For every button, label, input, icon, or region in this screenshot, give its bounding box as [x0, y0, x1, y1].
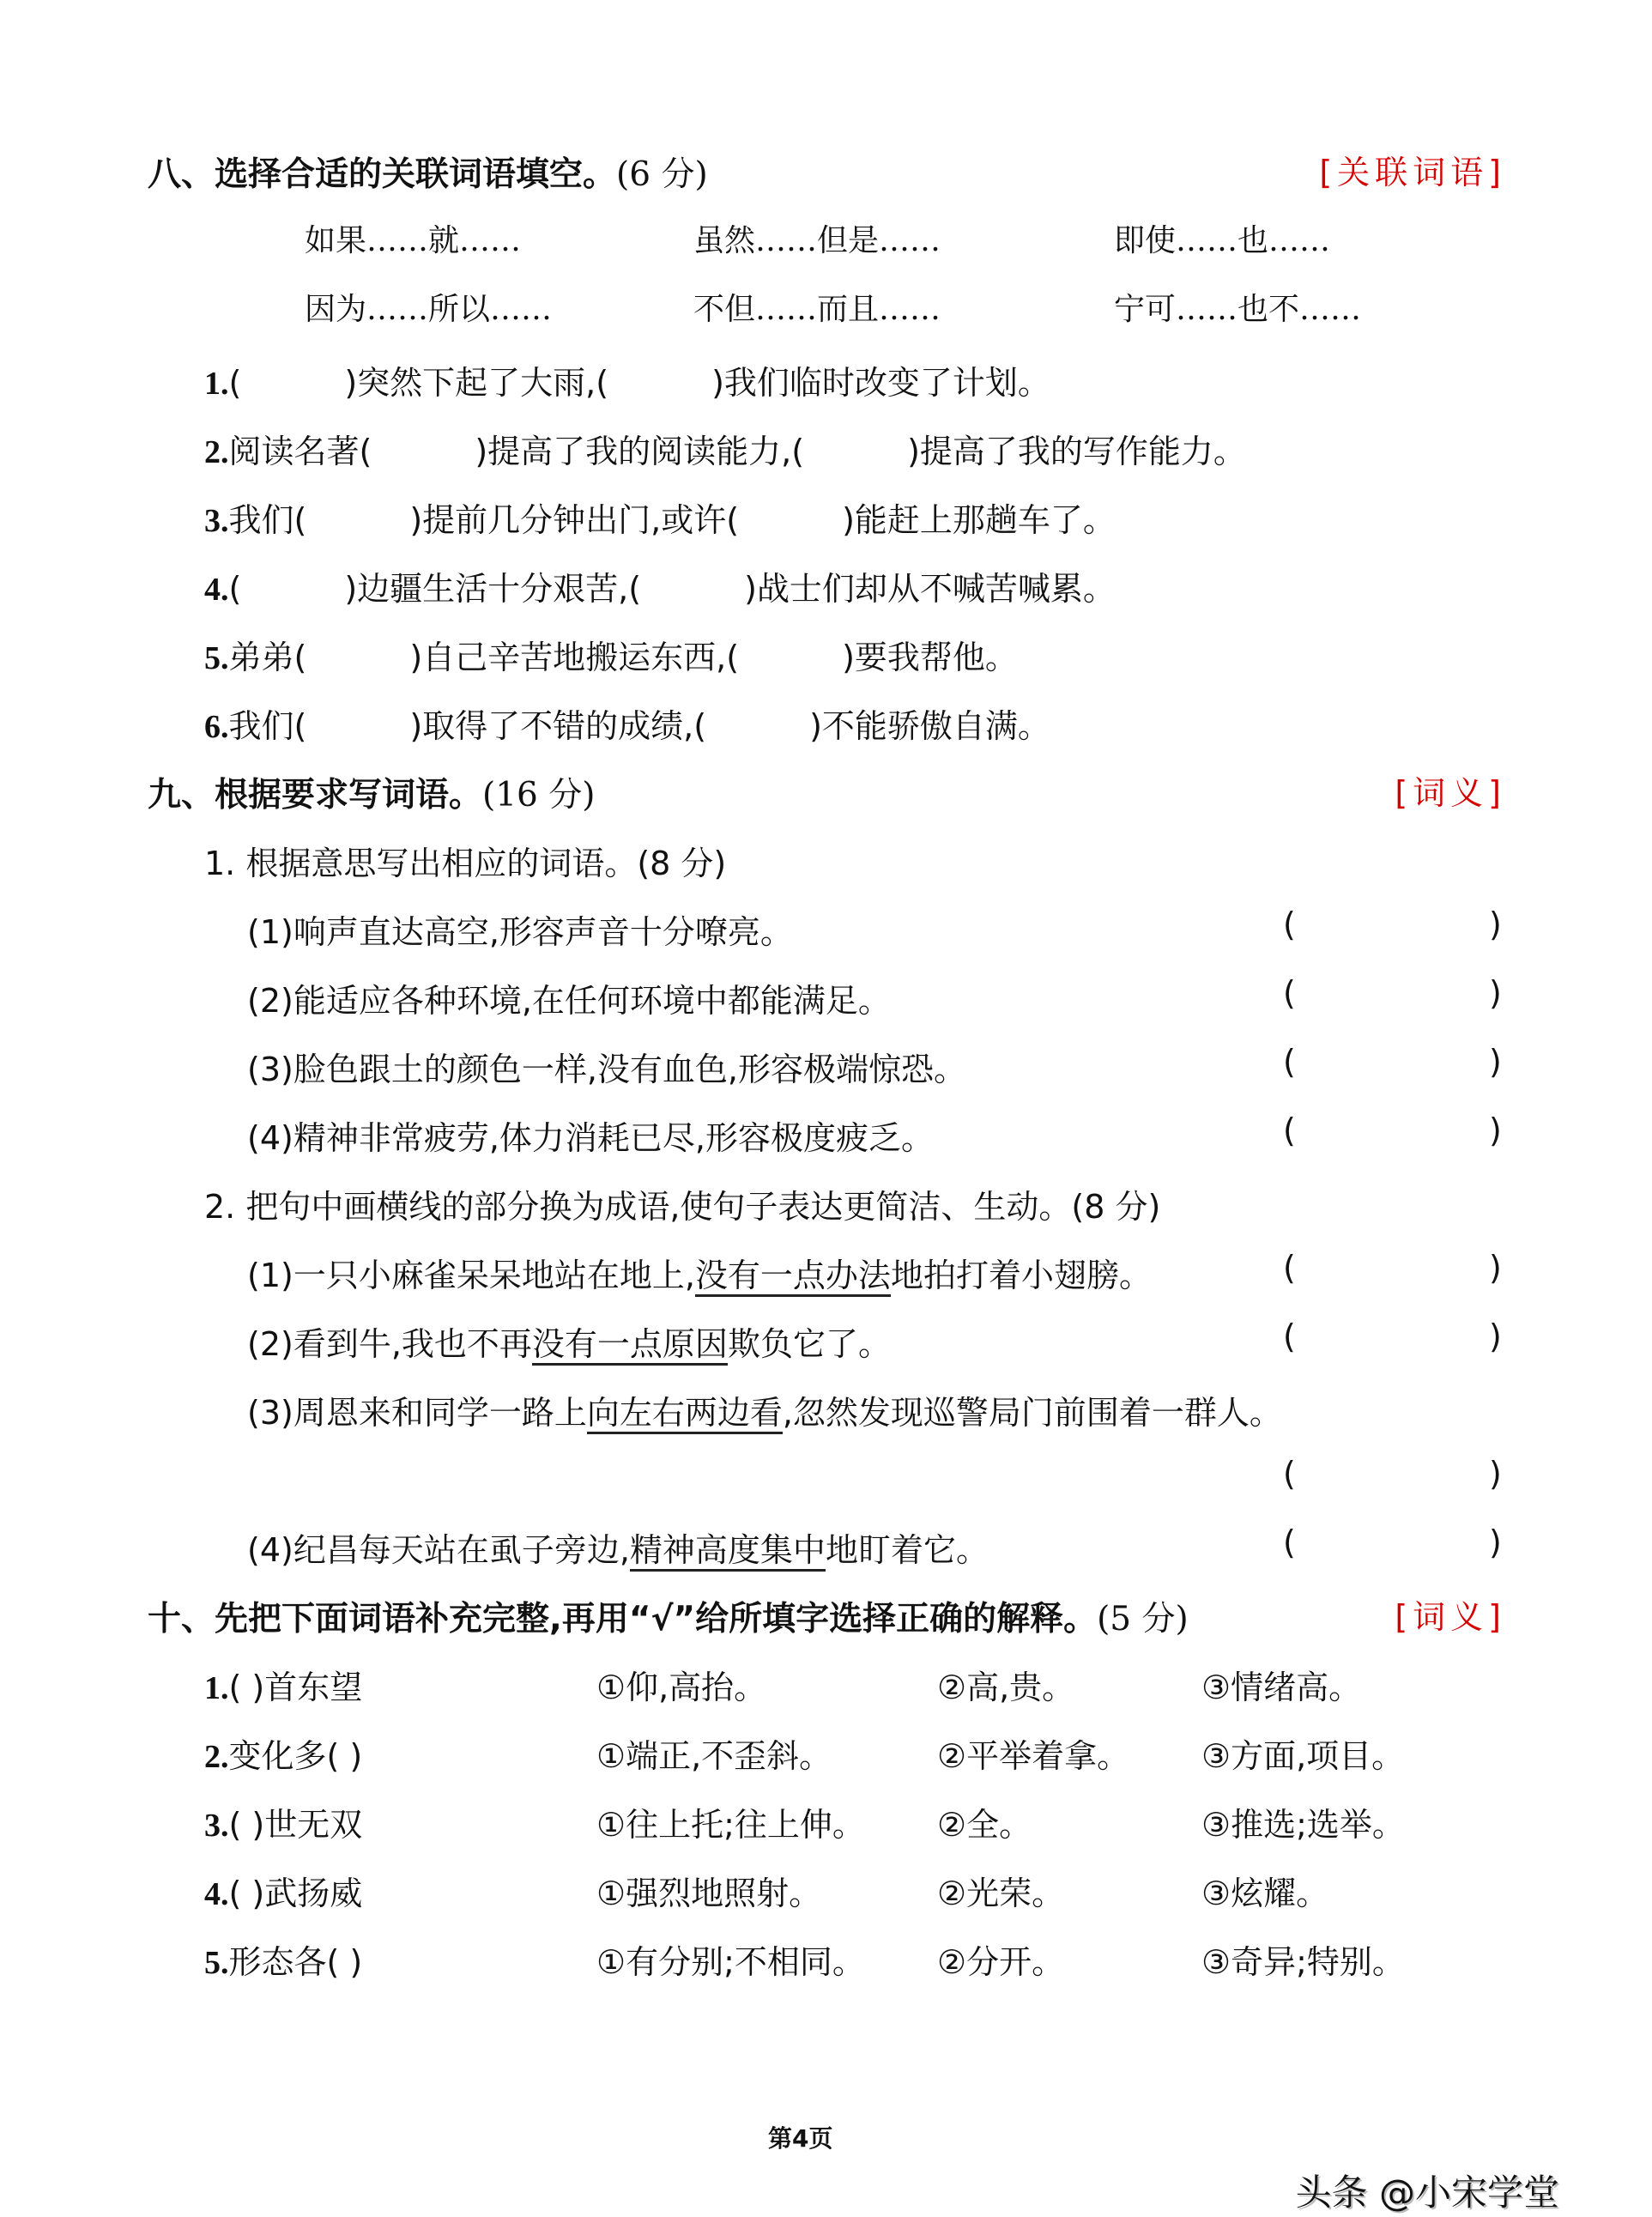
conjunction-option: 宁可……也不…… — [1114, 285, 1361, 329]
option-3[interactable]: ③奇异;特别。 — [1201, 1935, 1405, 1983]
part2-title: 2. 把句中画横线的部分换为成语,使句子表达更简洁、生动。(8 分) — [204, 1180, 1160, 1227]
question-number: 3. — [204, 503, 229, 539]
word-fill[interactable]: 形态各( ) — [229, 1943, 363, 1981]
meaning-item: (4)精神非常疲劳,体力消耗已尽,形容极度疲乏。 — [247, 1112, 934, 1159]
option-2[interactable]: ②全。 — [937, 1798, 1032, 1845]
meaning-item: (1)响声直达高空,形容声音十分嘹亮。 — [247, 906, 793, 953]
sentence-pre: (3)周恩来和同学一路上 — [247, 1394, 587, 1432]
answer-paren-open[interactable]: ( — [1283, 1455, 1296, 1493]
answer-paren-open[interactable]: ( — [1283, 906, 1296, 943]
answer-paren-open[interactable]: ( — [1283, 974, 1296, 1012]
q-text: ( — [229, 570, 242, 608]
q-text: )边疆生活十分艰苦,( — [344, 570, 641, 608]
answer-paren-open[interactable]: ( — [1283, 1523, 1296, 1561]
option-3[interactable]: ③推选;选举。 — [1201, 1798, 1405, 1845]
answer-paren-open[interactable]: ( — [1283, 1043, 1296, 1081]
question-number: 6. — [204, 709, 229, 745]
option-2[interactable]: ②分开。 — [937, 1935, 1064, 1983]
conjunction-option: 虽然……但是…… — [693, 216, 941, 260]
section9-title-text: 九、根据要求写词语。 — [148, 776, 482, 815]
underlined-phrase: 向左右两边看 — [587, 1394, 783, 1434]
answer-paren-close: ) — [1489, 1043, 1502, 1081]
answer-paren-close: ) — [1489, 906, 1502, 943]
word-fill[interactable]: ( )世无双 — [229, 1806, 363, 1844]
section8-title-text: 八、选择合适的关联词语填空。 — [148, 155, 616, 194]
question-number: 4. — [204, 572, 229, 608]
conjunction-option: 即使……也…… — [1114, 216, 1330, 260]
conjunction-option: 如果……就…… — [305, 216, 521, 260]
question-item: 6.我们()取得了不错的成绩,()不能骄傲自满。 — [204, 700, 1050, 747]
option-1[interactable]: ①有分别;不相同。 — [596, 1935, 865, 1983]
section10-tag: [词义] — [1395, 1590, 1506, 1638]
section8-points: (6 分) — [616, 155, 708, 194]
option-2[interactable]: ②高,贵。 — [937, 1661, 1074, 1708]
section10-points: (5 分) — [1097, 1600, 1189, 1639]
section9-tag: [词义] — [1395, 766, 1506, 814]
option-2[interactable]: ②光荣。 — [937, 1867, 1064, 1914]
option-2[interactable]: ②平举着拿。 — [937, 1729, 1129, 1777]
question-number: 5. — [204, 1945, 229, 1981]
idiom-item: (3)周恩来和同学一路上向左右两边看,忽然发现巡警局门前围着一群人。 — [247, 1386, 1282, 1433]
answer-paren-close: ) — [1489, 1455, 1502, 1493]
answer-paren-close: ) — [1489, 1317, 1502, 1355]
question-item: 3.我们()提前几分钟出门,或许()能赶上那趟车了。 — [204, 494, 1116, 541]
word-fill[interactable]: ( )武扬威 — [229, 1875, 363, 1912]
word-row: 2.变化多( ) — [204, 1729, 362, 1777]
section8-title: 八、选择合适的关联词语填空。(6 分) — [148, 148, 708, 196]
word-row: 3.( )世无双 — [204, 1798, 362, 1845]
question-item: 4.()边疆生活十分艰苦,()战士们却从不喊苦喊累。 — [204, 562, 1116, 609]
sentence-post: 欺负它了。 — [728, 1325, 891, 1363]
question-number: 2. — [204, 1739, 229, 1775]
q-text: )提前几分钟出门,或许( — [409, 501, 739, 539]
q-text: 弟弟( — [229, 639, 307, 676]
word-fill[interactable]: ( )首东望 — [229, 1669, 363, 1706]
question-number: 1. — [204, 1670, 229, 1706]
sentence-post: 地拍打着小翅膀。 — [891, 1257, 1152, 1294]
idiom-item: (2)看到牛,我也不再没有一点原因欺负它了。 — [247, 1317, 891, 1365]
question-number: 1. — [204, 366, 229, 402]
meaning-item: (2)能适应各种环境,在任何环境中都能满足。 — [247, 974, 891, 1021]
sentence-pre: (1)一只小麻雀呆呆地站在地上, — [247, 1257, 695, 1294]
sentence-post: ,忽然发现巡警局门前围着一群人。 — [783, 1394, 1282, 1432]
underlined-phrase: 精神高度集中 — [630, 1531, 826, 1572]
section9-points: (16 分) — [482, 776, 595, 815]
q-text: )突然下起了大雨,( — [344, 364, 608, 402]
answer-paren-close: ) — [1489, 974, 1502, 1012]
word-row: 5.形态各( ) — [204, 1935, 362, 1983]
option-3[interactable]: ③情绪高。 — [1201, 1661, 1361, 1708]
sentence-pre: (2)看到牛,我也不再 — [247, 1325, 532, 1363]
word-fill[interactable]: 变化多( ) — [229, 1737, 363, 1775]
question-number: 2. — [204, 434, 229, 470]
section9-title: 九、根据要求写词语。(16 分) — [148, 768, 595, 816]
conjunction-option: 不但……而且…… — [693, 285, 941, 329]
q-text: )自己辛苦地搬运东西,( — [409, 639, 739, 676]
option-1[interactable]: ①仰,高抬。 — [596, 1661, 766, 1708]
section10-title: 十、先把下面词语补充完整,再用“√”给所填字选择正确的解释。(5 分) — [148, 1592, 1189, 1640]
underlined-phrase: 没有一点原因 — [532, 1325, 728, 1366]
q-text: ( — [229, 364, 242, 402]
watermark: 头条 @小宋学堂 — [1296, 2165, 1559, 2216]
section10-title-text: 十、先把下面词语补充完整,再用“√”给所填字选择正确的解释。 — [148, 1600, 1097, 1639]
sentence-post: 地盯着它。 — [826, 1531, 989, 1569]
meaning-item: (3)脸色跟土的颜色一样,没有血色,形容极端惊恐。 — [247, 1043, 966, 1090]
answer-paren-open[interactable]: ( — [1283, 1249, 1296, 1287]
q-text: )不能骄傲自满。 — [809, 707, 1050, 745]
sentence-pre: (4)纪昌每天站在虱子旁边, — [247, 1531, 630, 1569]
option-1[interactable]: ①往上托;往上伸。 — [596, 1798, 865, 1845]
option-1[interactable]: ①强烈地照射。 — [596, 1867, 821, 1914]
section8-tag: [关联词语] — [1319, 146, 1506, 193]
page-number: 第4页 — [768, 2120, 832, 2154]
option-3[interactable]: ③炫耀。 — [1201, 1867, 1328, 1914]
question-item: 1.()突然下起了大雨,()我们临时改变了计划。 — [204, 356, 1050, 403]
q-text: )提高了我的写作能力。 — [907, 433, 1246, 470]
answer-paren-close: ) — [1489, 1112, 1502, 1149]
option-3[interactable]: ③方面,项目。 — [1201, 1729, 1404, 1777]
idiom-item: (4)纪昌每天站在虱子旁边,精神高度集中地盯着它。 — [247, 1523, 989, 1571]
q-text: 阅读名著( — [229, 433, 372, 470]
answer-paren-open[interactable]: ( — [1283, 1317, 1296, 1355]
idiom-item: (1)一只小麻雀呆呆地站在地上,没有一点办法地拍打着小翅膀。 — [247, 1249, 1152, 1296]
question-number: 3. — [204, 1808, 229, 1844]
q-text: )要我帮他。 — [842, 639, 1018, 676]
answer-paren-open[interactable]: ( — [1283, 1112, 1296, 1149]
word-row: 1.( )首东望 — [204, 1661, 362, 1708]
part1-title: 1. 根据意思写出相应的词语。(8 分) — [204, 837, 726, 884]
question-number: 5. — [204, 640, 229, 676]
question-number: 4. — [204, 1876, 229, 1912]
word-row: 4.( )武扬威 — [204, 1867, 362, 1914]
q-text: 我们( — [229, 501, 307, 539]
q-text: )提高了我的阅读能力,( — [475, 433, 804, 470]
q-text: )能赶上那趟车了。 — [842, 501, 1116, 539]
answer-paren-close: ) — [1489, 1523, 1502, 1561]
answer-paren-close: ) — [1489, 1249, 1502, 1287]
underlined-phrase: 没有一点办法 — [695, 1257, 891, 1297]
conjunction-option: 因为……所以…… — [305, 285, 552, 329]
q-text: )取得了不错的成绩,( — [409, 707, 706, 745]
option-1[interactable]: ①端正,不歪斜。 — [596, 1729, 832, 1777]
q-text: )战士们却从不喊苦喊累。 — [744, 570, 1116, 608]
q-text: 我们( — [229, 707, 307, 745]
question-item: 2.阅读名著()提高了我的阅读能力,()提高了我的写作能力。 — [204, 425, 1246, 472]
q-text: )我们临时改变了计划。 — [711, 364, 1050, 402]
question-item: 5.弟弟()自己辛苦地搬运东西,()要我帮他。 — [204, 631, 1018, 678]
